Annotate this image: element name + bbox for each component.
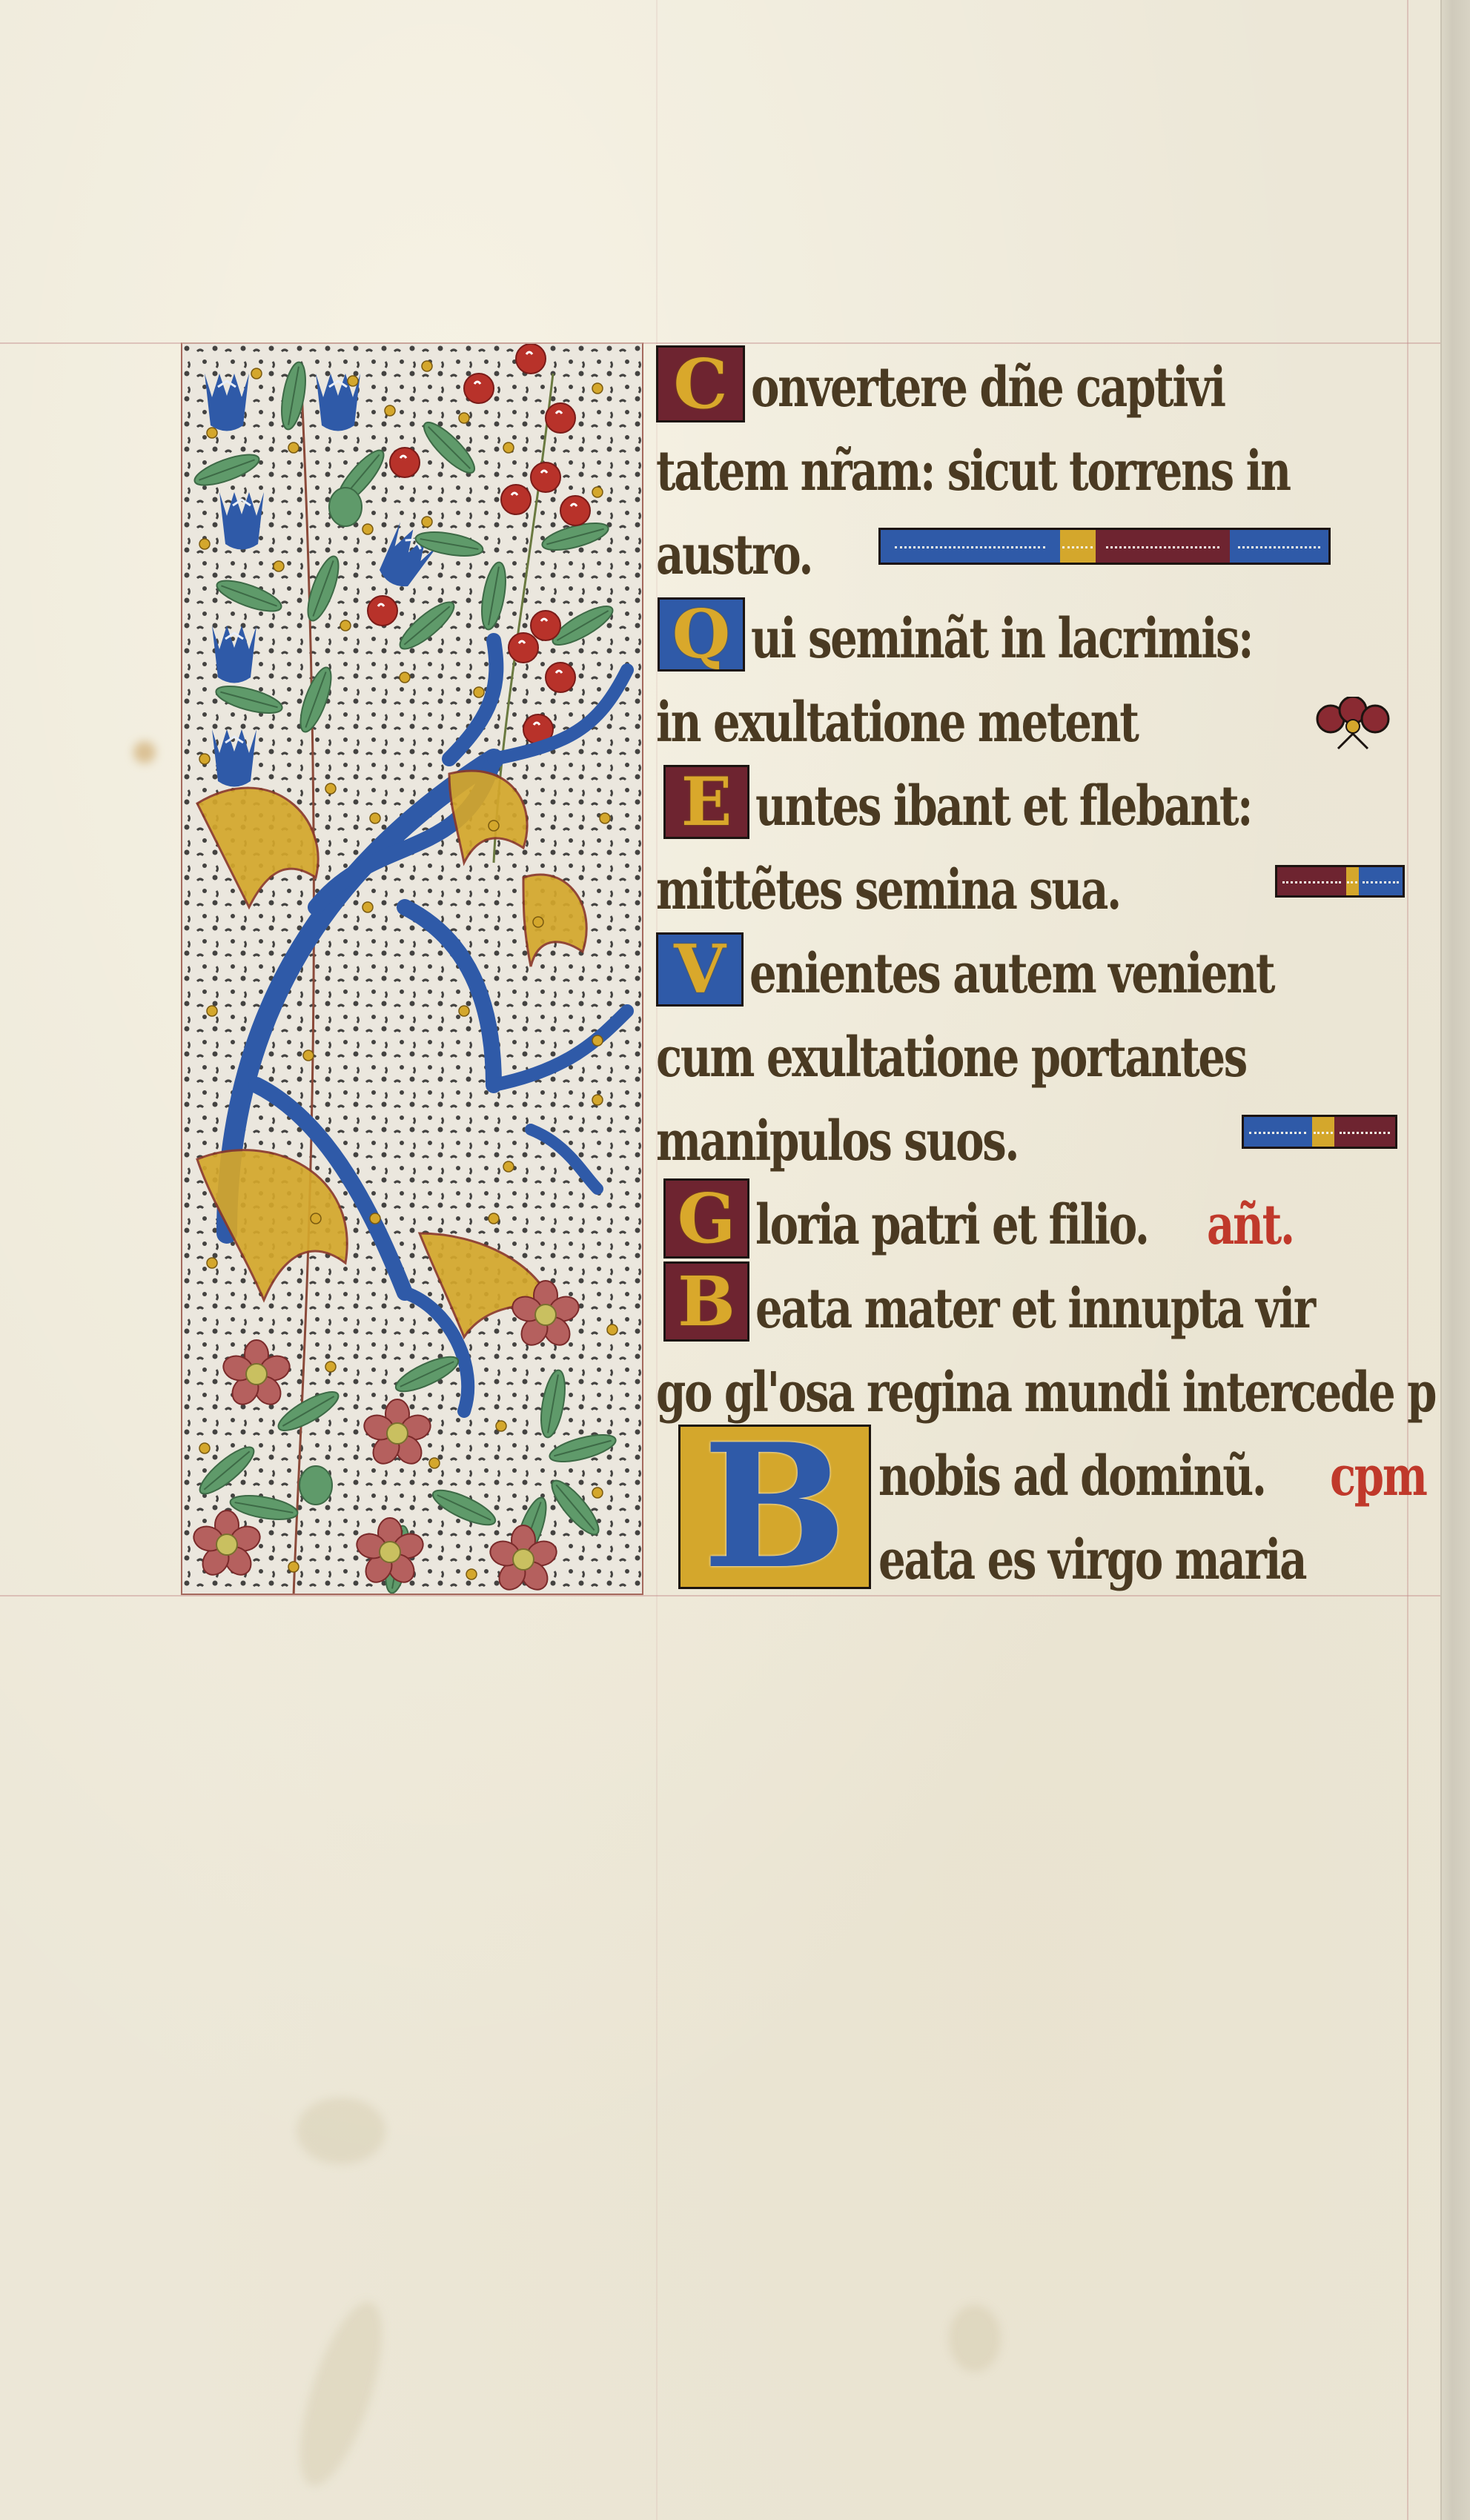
- line-text: loria patri et filio.: [755, 1198, 1148, 1263]
- initial-letter: E: [670, 772, 743, 832]
- decorated-border: [181, 342, 643, 1595]
- stain: [949, 2305, 1001, 2372]
- text-line-11: loria patri et filio. añt.: [755, 1180, 1318, 1263]
- text-line-12: eata mater et innupta vir: [755, 1264, 1470, 1347]
- text-line-14: nobis ad dominũ. cpm: [878, 1431, 1453, 1514]
- border-ornament: [182, 344, 643, 1595]
- line-text: manipulos suos.: [656, 1114, 1018, 1179]
- initial-e: E: [663, 765, 749, 839]
- manuscript-page: C onvertere dñe captivi tatem nr̃am: sic…: [0, 0, 1470, 2520]
- text-line-8: enientes autem venient: [749, 929, 1422, 1012]
- text-line-1: onvertere dñe captivi: [751, 342, 1358, 425]
- line-filler: [1275, 865, 1405, 898]
- text-line-15: eata es virgo maria: [878, 1515, 1426, 1598]
- initial-letter: G: [670, 1185, 743, 1252]
- line-text: enientes autem venient: [749, 946, 1274, 1012]
- initial-b-small: B: [663, 1261, 749, 1342]
- initial-q: Q: [658, 597, 745, 672]
- line-text: ui seminãt in lacrimis:: [751, 611, 1252, 677]
- text-block: C onvertere dñe captivi tatem nr̃am: sic…: [656, 342, 1412, 1595]
- initial-b-large: B: [678, 1425, 871, 1589]
- stain: [133, 741, 156, 763]
- text-line-7: mittẽtes semina sua.: [656, 845, 1251, 928]
- stain: [297, 2098, 385, 2164]
- initial-v: V: [656, 932, 744, 1007]
- initial-c: C: [656, 345, 745, 422]
- line-text: eata es virgo maria: [878, 1533, 1305, 1598]
- rubric-capitulum: cpm: [1330, 1449, 1426, 1514]
- line-text: cum exultatione portantes: [656, 1030, 1246, 1095]
- text-line-3: austro.: [656, 510, 855, 593]
- text-line-5: in exultatione metent: [656, 677, 1274, 760]
- initial-g: G: [663, 1178, 749, 1259]
- stain: [283, 2293, 399, 2495]
- page-edge: [1440, 0, 1470, 2520]
- initial-letter: B: [670, 1268, 743, 1335]
- line-text: in exultatione metent: [656, 695, 1138, 760]
- line-text: untes ibant et flebant:: [755, 779, 1251, 844]
- line-text: mittẽtes semina sua.: [656, 863, 1120, 928]
- initial-letter: V: [663, 939, 737, 1000]
- initial-letter: Q: [664, 604, 738, 665]
- line-text: onvertere dñe captivi: [751, 360, 1225, 425]
- text-line-6: untes ibant et flebant:: [755, 761, 1391, 844]
- initial-letter: B: [685, 1431, 864, 1582]
- page-edge-line: [1440, 0, 1442, 2520]
- line-text: eata mater et innupta vir: [755, 1281, 1314, 1347]
- trefoil-flower-icon: [1308, 697, 1397, 756]
- text-line-9: cum exultatione portantes: [656, 1012, 1412, 1095]
- line-text: tatem nr̃am: sicut torrens in: [656, 444, 1290, 509]
- rubric-antiphon: añt.: [1207, 1198, 1294, 1263]
- text-line-10: manipulos suos.: [656, 1096, 1120, 1179]
- text-line-4: ui seminãt in lacrimis:: [751, 594, 1394, 677]
- line-filler: [1242, 1115, 1397, 1149]
- line-text: nobis ad dominũ.: [878, 1449, 1265, 1514]
- initial-letter: C: [663, 352, 738, 416]
- line-text: austro.: [656, 528, 812, 593]
- line-filler: [878, 528, 1331, 565]
- text-line-2: tatem nr̃am: sicut torrens in: [656, 426, 1469, 509]
